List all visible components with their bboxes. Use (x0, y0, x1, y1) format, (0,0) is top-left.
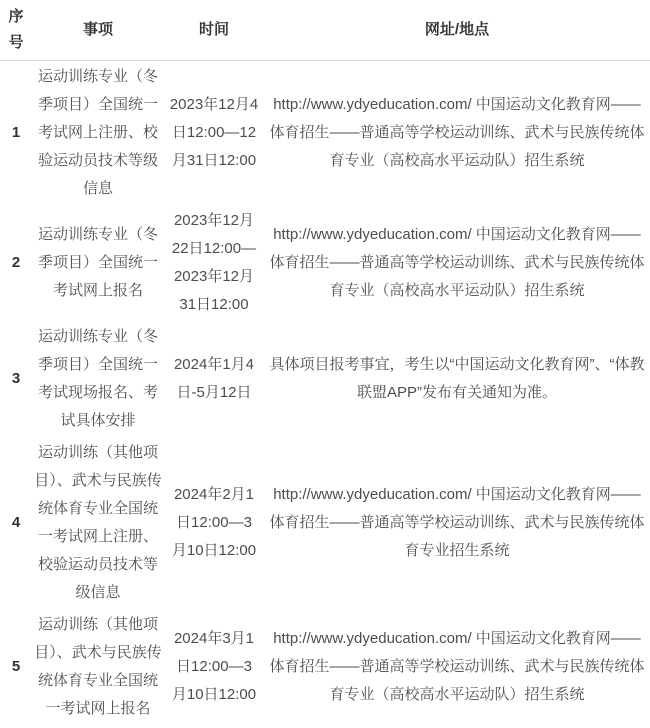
column-header-location: 网址/地点 (264, 0, 650, 61)
cell-time: 2024年2月1 日12:00—3 月10日12:00 (164, 437, 264, 609)
time-line: 日12:00—3 (166, 509, 262, 537)
time-line: 2024年2月1 (166, 481, 262, 509)
table-row: 3 运动训练专业（冬季项目）全国统一考试现场报名、考试具体安排 2024年1月4… (0, 321, 650, 437)
table-row: 1 运动训练专业（冬季项目）全国统一考试网上注册、校验运动员技术等级信息 202… (0, 61, 650, 206)
table-row: 2 运动训练专业（冬季项目）全国统一考试网上报名 2023年12月 22日12:… (0, 205, 650, 321)
cell-time: 2023年12月4 日12:00—12 月31日12:00 (164, 61, 264, 206)
time-line: 31日12:00 (166, 291, 262, 319)
time-line: 2023年12月4 (166, 91, 262, 119)
cell-item: 运动训练专业（冬季项目）全国统一考试现场报名、考试具体安排 (32, 321, 164, 437)
time-line: 2024年1月4 (166, 351, 262, 379)
cell-item: 运动训练专业（冬季项目）全国统一考试网上注册、校验运动员技术等级信息 (32, 61, 164, 206)
time-line: 2024年3月1 (166, 625, 262, 653)
table-row: 4 运动训练（其他项目）、武术与民族传统体育专业全国统一考试网上注册、校验运动员… (0, 437, 650, 609)
column-header-time: 时间 (164, 0, 264, 61)
cell-location: http://www.ydyeducation.com/ 中国运动文化教育网——… (264, 437, 650, 609)
time-line: 日12:00—3 (166, 653, 262, 681)
time-line: 月10日12:00 (166, 537, 262, 565)
cell-location: http://www.ydyeducation.com/ 中国运动文化教育网——… (264, 61, 650, 206)
time-line: 2023年12月 (166, 207, 262, 235)
cell-item: 运动训练专业（冬季项目）全国统一考试网上报名 (32, 205, 164, 321)
time-line: 22日12:00— (166, 235, 262, 263)
cell-item: 运动训练（其他项目）、武术与民族传统体育专业全国统一考试网上报名 (32, 609, 164, 725)
cell-time: 2024年3月1 日12:00—3 月10日12:00 (164, 609, 264, 725)
header-row: 序号 事项 时间 网址/地点 (0, 0, 650, 61)
table-row: 5 运动训练（其他项目）、武术与民族传统体育专业全国统一考试网上报名 2024年… (0, 609, 650, 725)
cell-index: 5 (0, 609, 32, 725)
time-line: 月10日12:00 (166, 681, 262, 709)
cell-location: http://www.ydyeducation.com/ 中国运动文化教育网——… (264, 205, 650, 321)
schedule-table: 序号 事项 时间 网址/地点 1 运动训练专业（冬季项目）全国统一考试网上注册、… (0, 0, 650, 725)
cell-location: http://www.ydyeducation.com/ 中国运动文化教育网——… (264, 609, 650, 725)
time-line: 2023年12月 (166, 263, 262, 291)
time-line: 日12:00—12 (166, 119, 262, 147)
cell-index: 4 (0, 437, 32, 609)
cell-index: 2 (0, 205, 32, 321)
column-header-index: 序号 (0, 0, 32, 61)
time-line: 月31日12:00 (166, 147, 262, 175)
cell-time: 2024年1月4 日-5月12日 (164, 321, 264, 437)
cell-index: 3 (0, 321, 32, 437)
cell-location: 具体项目报考事宜，考生以“中国运动文化教育网”、“体教联盟APP”发布有关通知为… (264, 321, 650, 437)
column-header-item: 事项 (32, 0, 164, 61)
cell-index: 1 (0, 61, 32, 206)
cell-time: 2023年12月 22日12:00— 2023年12月 31日12:00 (164, 205, 264, 321)
cell-item: 运动训练（其他项目）、武术与民族传统体育专业全国统一考试网上注册、校验运动员技术… (32, 437, 164, 609)
time-line: 日-5月12日 (166, 379, 262, 407)
